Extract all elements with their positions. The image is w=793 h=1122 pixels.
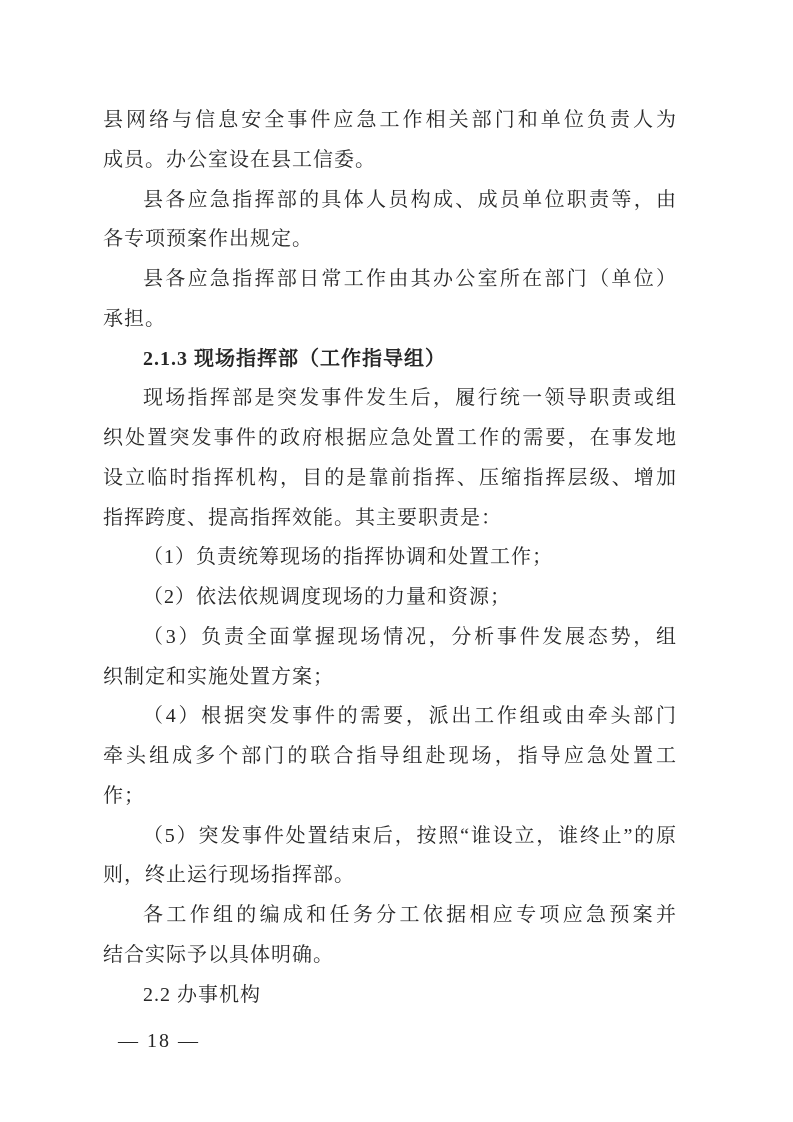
text-line: （2）依法依规调度现场的力量和资源； <box>103 578 677 618</box>
text-line: 现场指挥部是突发事件发生后，履行统一领导职责或组 <box>103 379 677 419</box>
paragraph: 县各应急指挥部的具体人员构成、成员单位职责等，由各专项预案作出规定。 <box>103 181 677 261</box>
text-line: 2.1.3 现场指挥部（工作指导组） <box>103 340 677 380</box>
paragraph: 县各应急指挥部日常工作由其办公室所在部门（单位）承担。 <box>103 260 677 340</box>
text-line: 设立临时指挥机构，目的是靠前指挥、压缩指挥层级、增加 <box>103 459 677 499</box>
document-body: 县网络与信息安全事件应急工作相关部门和单位负责人为成员。办公室设在县工信委。县各… <box>103 101 677 1015</box>
paragraph: 县网络与信息安全事件应急工作相关部门和单位负责人为成员。办公室设在县工信委。 <box>103 101 677 181</box>
text-line: （1）负责统筹现场的指挥协调和处置工作； <box>103 538 677 578</box>
text-line: （3）负责全面掌握现场情况，分析事件发展态势，组 <box>103 618 677 658</box>
text-line: （4）根据突发事件的需要，派出工作组或由牵头部门 <box>103 697 677 737</box>
paragraph: （4）根据突发事件的需要，派出工作组或由牵头部门牵头组成多个部门的联合指导组赴现… <box>103 697 677 816</box>
text-line: 承担。 <box>103 300 677 340</box>
text-line: 作； <box>103 777 677 817</box>
text-line: 县各应急指挥部日常工作由其办公室所在部门（单位） <box>103 260 677 300</box>
document-page: 县网络与信息安全事件应急工作相关部门和单位负责人为成员。办公室设在县工信委。县各… <box>0 0 793 1122</box>
paragraph: （5）突发事件处置结束后，按照“谁设立，谁终止”的原则，终止运行现场指挥部。 <box>103 817 677 897</box>
text-line: 结合实际予以具体明确。 <box>103 936 677 976</box>
text-line: 县网络与信息安全事件应急工作相关部门和单位负责人为 <box>103 101 677 141</box>
text-line: 成员。办公室设在县工信委。 <box>103 141 677 181</box>
paragraph: （3）负责全面掌握现场情况，分析事件发展态势，组织制定和实施处置方案； <box>103 618 677 698</box>
section-heading: 2.2 办事机构 <box>103 976 677 1016</box>
paragraph: 现场指挥部是突发事件发生后，履行统一领导职责或组织处置突发事件的政府根据应急处置… <box>103 379 677 538</box>
section-heading: 2.1.3 现场指挥部（工作指导组） <box>103 340 677 380</box>
text-line: （5）突发事件处置结束后，按照“谁设立，谁终止”的原 <box>103 817 677 857</box>
text-line: 2.2 办事机构 <box>103 976 677 1016</box>
paragraph: （2）依法依规调度现场的力量和资源； <box>103 578 677 618</box>
paragraph: （1）负责统筹现场的指挥协调和处置工作； <box>103 538 677 578</box>
text-line: 指挥跨度、提高指挥效能。其主要职责是： <box>103 499 677 539</box>
text-line: 则，终止运行现场指挥部。 <box>103 856 677 896</box>
text-line: 县各应急指挥部的具体人员构成、成员单位职责等，由 <box>103 181 677 221</box>
text-line: 织制定和实施处置方案； <box>103 658 677 698</box>
paragraph: 各工作组的编成和任务分工依据相应专项应急预案并结合实际予以具体明确。 <box>103 896 677 976</box>
text-line: 各专项预案作出规定。 <box>103 220 677 260</box>
text-line: 织处置突发事件的政府根据应急处置工作的需要，在事发地 <box>103 419 677 459</box>
text-line: 牵头组成多个部门的联合指导组赴现场，指导应急处置工 <box>103 737 677 777</box>
text-line: 各工作组的编成和任务分工依据相应专项应急预案并 <box>103 896 677 936</box>
page-number: — 18 — <box>118 1028 200 1054</box>
